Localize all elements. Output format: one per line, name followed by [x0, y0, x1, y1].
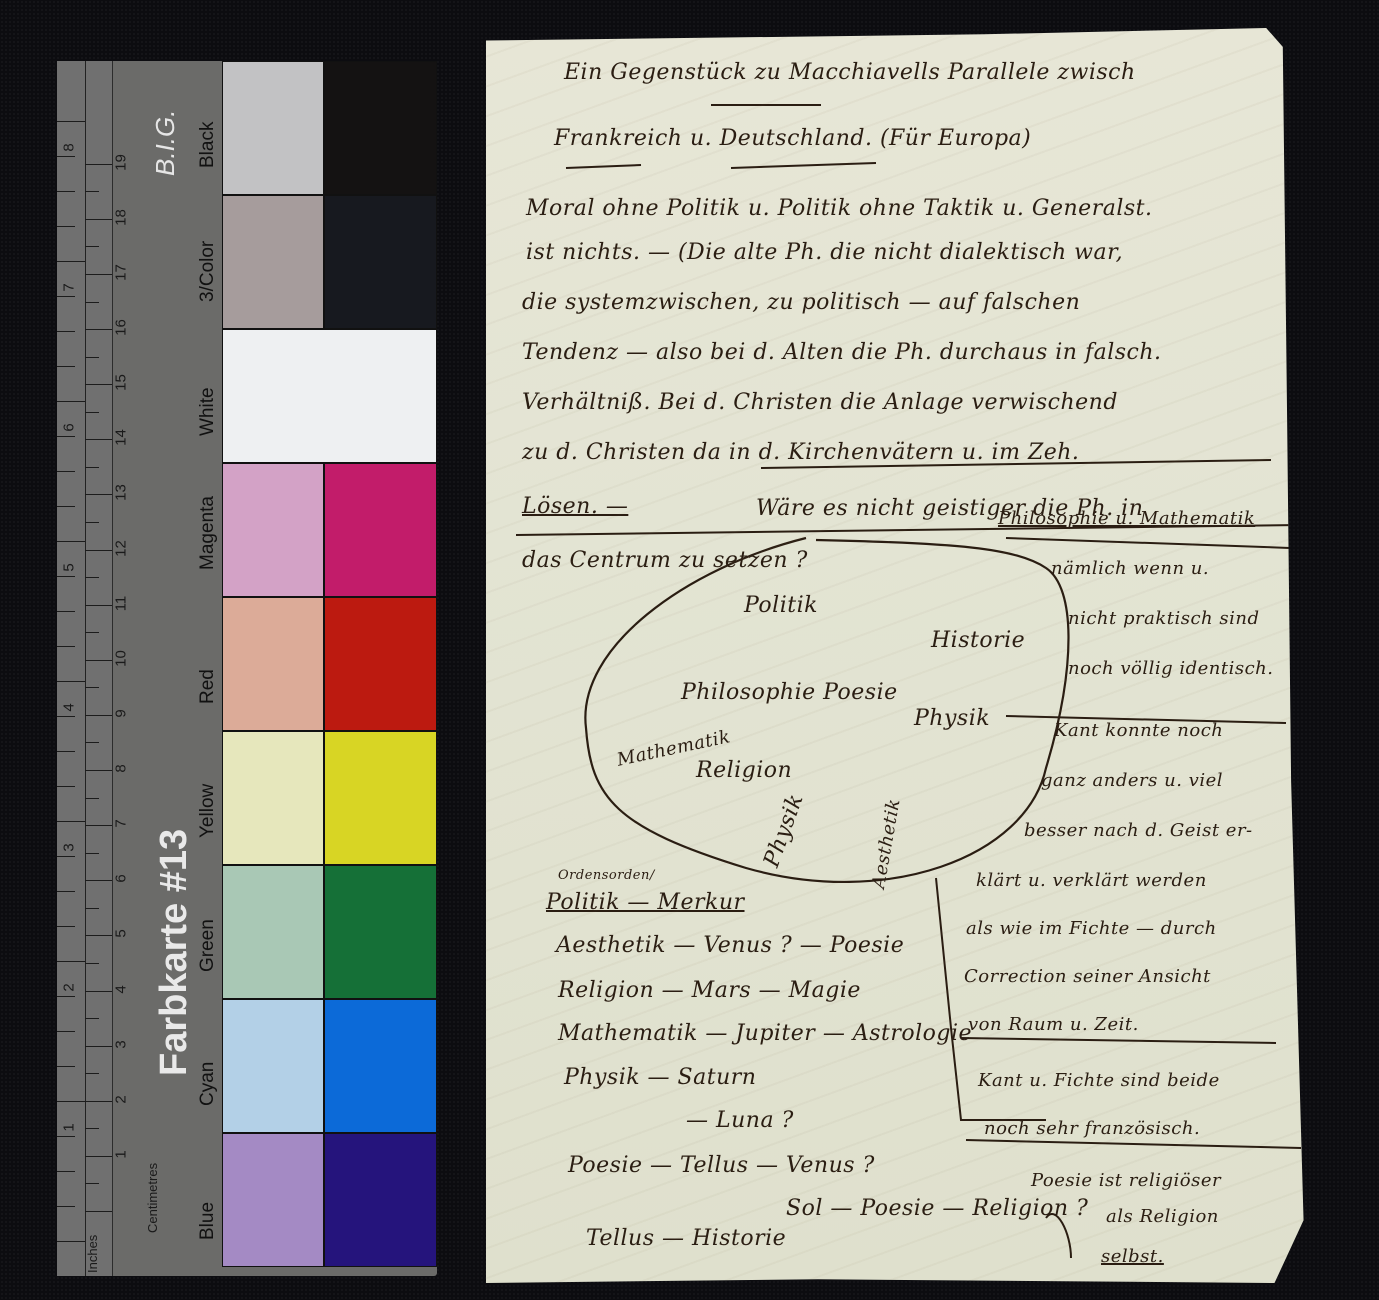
- brand-logo: B.I.G.: [150, 110, 181, 176]
- swatch-blue-dark: [324, 1133, 437, 1267]
- measurement-ruler: 1234567812345678910111213141516171819 In…: [57, 61, 113, 1276]
- circle-word: Historie: [931, 628, 1025, 653]
- manuscript-line: das Centrum zu setzen ?: [522, 548, 808, 573]
- manuscript-page: Ein Gegenstück zu Macchiavells Parallele…: [486, 28, 1316, 1283]
- inch-mark: 5: [61, 556, 78, 580]
- swatch-label: Green: [197, 919, 219, 972]
- color-calibration-card: 1234567812345678910111213141516171819 In…: [57, 61, 437, 1276]
- right-note: von Raum u. Zeit.: [968, 1014, 1139, 1035]
- cm-mark: 6: [113, 867, 130, 891]
- cm-mark: 9: [113, 701, 130, 725]
- right-note: Poesie ist religiöser: [1031, 1170, 1221, 1191]
- right-note: als wie im Fichte — durch: [966, 918, 1217, 939]
- cm-mark: 18: [113, 205, 130, 229]
- inch-mark: 2: [61, 976, 78, 1000]
- manuscript-line: zu d. Christen da in d. Kirchenvätern u.…: [522, 440, 1079, 465]
- cm-mark: 3: [113, 1032, 130, 1056]
- swatch-green-light: [222, 865, 324, 999]
- list-row: — Luna ?: [686, 1108, 794, 1133]
- cm-mark: 8: [113, 757, 130, 781]
- right-note: nämlich wenn u.: [1051, 558, 1209, 579]
- inch-mark: 4: [61, 696, 78, 720]
- cm-mark: 4: [113, 977, 130, 1001]
- swatch-yellow-light: [222, 731, 324, 865]
- cm-mark: 16: [113, 316, 130, 340]
- right-note: als Religion: [1106, 1206, 1219, 1227]
- cm-mark: 7: [113, 812, 130, 836]
- cm-mark: 14: [113, 426, 130, 450]
- list-row: Aesthetik — Venus ? — Poesie: [556, 933, 904, 958]
- swatch-label: Blue: [197, 1202, 219, 1240]
- circle-word: Philosophie Poesie: [681, 680, 898, 705]
- manuscript-line: Moral ohne Politik u. Politik ohne Takti…: [526, 196, 1152, 221]
- swatch-label: Black: [197, 122, 219, 168]
- manuscript-line: Verhältniß. Bei d. Christen die Anlage v…: [522, 390, 1118, 415]
- right-note: klärt u. verklärt werden: [976, 870, 1207, 891]
- cm-mark: 10: [113, 646, 130, 670]
- cm-mark: 12: [113, 536, 130, 560]
- inch-mark: 8: [61, 136, 78, 160]
- inches-label: Inches: [85, 1235, 100, 1273]
- cm-mark: 13: [113, 481, 130, 505]
- card-title: Farbkarte #13: [153, 829, 196, 1076]
- manuscript-line: Lösen. —: [522, 494, 628, 519]
- right-note: ganz anders u. viel: [1041, 770, 1223, 791]
- manuscript-line: ist nichts. — (Die alte Ph. die nicht di…: [526, 240, 1123, 265]
- swatch-yellow-dark: [324, 731, 437, 865]
- swatch-red-light: [222, 597, 324, 731]
- cm-mark: 17: [113, 260, 130, 284]
- right-note: nicht praktisch sind: [1068, 608, 1259, 629]
- swatch-blue-light: [222, 1133, 324, 1267]
- inch-mark: 1: [61, 1116, 78, 1140]
- swatch-green-dark: [324, 865, 437, 999]
- ink-strokes: [486, 28, 1316, 1283]
- swatch-label: White: [197, 387, 219, 436]
- inch-mark: 3: [61, 836, 78, 860]
- circle-word: Aesthetik: [868, 797, 904, 890]
- circle-word: Religion: [696, 758, 792, 783]
- swatch-cyan-dark: [324, 999, 437, 1133]
- right-note: Correction seiner Ansicht: [964, 966, 1211, 987]
- manuscript-line: Wäre es nicht geistiger die Ph. in: [756, 496, 1143, 521]
- swatch-cyan-light: [222, 999, 324, 1133]
- list-row: Politik — Merkur: [546, 890, 745, 915]
- list-row: Sol — Poesie — Religion ?: [786, 1196, 1088, 1221]
- swatch-magenta-dark: [324, 463, 437, 597]
- centimetres-label: Centimetres: [145, 1163, 160, 1233]
- swatch-black-light: [222, 61, 324, 195]
- swatch-black-dark: [324, 61, 437, 195]
- circle-word: Politik: [744, 593, 818, 618]
- cm-mark: 5: [113, 922, 130, 946]
- swatch-red-dark: [324, 597, 437, 731]
- cm-mark: 1: [113, 1142, 130, 1166]
- inch-mark: 7: [61, 276, 78, 300]
- circle-word: Mathematik: [615, 726, 732, 771]
- cm-mark: 19: [113, 150, 130, 174]
- manuscript-line: die systemzwischen, zu politisch — auf f…: [522, 290, 1080, 315]
- cm-mark: 11: [113, 591, 130, 615]
- swatch-white: [222, 329, 437, 463]
- swatch-label: Red: [197, 669, 219, 704]
- list-row: Poesie — Tellus — Venus ?: [568, 1153, 875, 1178]
- swatch-label: 3/Color: [197, 241, 219, 302]
- swatch-label: Cyan: [197, 1062, 219, 1106]
- circle-word: Physik: [759, 790, 809, 870]
- circle-word: Physik: [914, 706, 990, 731]
- manuscript-line: Tendenz — also bei d. Alten die Ph. durc…: [522, 340, 1162, 365]
- cm-mark: 2: [113, 1087, 130, 1111]
- list-row: Mathematik — Jupiter — Astrologie: [558, 1021, 972, 1046]
- swatch-3-color-light: [222, 195, 324, 329]
- swatch-label: Yellow: [197, 784, 219, 838]
- inch-mark: 6: [61, 416, 78, 440]
- list-row: Physik — Saturn: [564, 1065, 756, 1090]
- cm-mark: 15: [113, 371, 130, 395]
- manuscript-line: Frankreich u. Deutschland. (Für Europa): [554, 126, 1031, 151]
- right-note: noch sehr französisch.: [984, 1118, 1200, 1139]
- right-note: besser nach d. Geist er-: [1024, 820, 1253, 841]
- list-header: Ordensorden/: [558, 868, 655, 883]
- manuscript-line: Ein Gegenstück zu Macchiavells Parallele…: [564, 60, 1136, 85]
- swatch-label: Magenta: [197, 496, 219, 570]
- right-note: Kant u. Fichte sind beide: [978, 1070, 1220, 1091]
- list-row: Religion — Mars — Magie: [558, 978, 861, 1003]
- right-note: Kant konnte noch: [1054, 720, 1223, 741]
- list-row: Tellus — Historie: [586, 1226, 786, 1251]
- swatch-3-color-dark: [324, 195, 437, 329]
- right-note: noch völlig identisch.: [1068, 658, 1274, 679]
- swatch-magenta-light: [222, 463, 324, 597]
- right-note: Philosophie u. Mathematik: [998, 508, 1255, 529]
- right-note: selbst.: [1101, 1246, 1164, 1267]
